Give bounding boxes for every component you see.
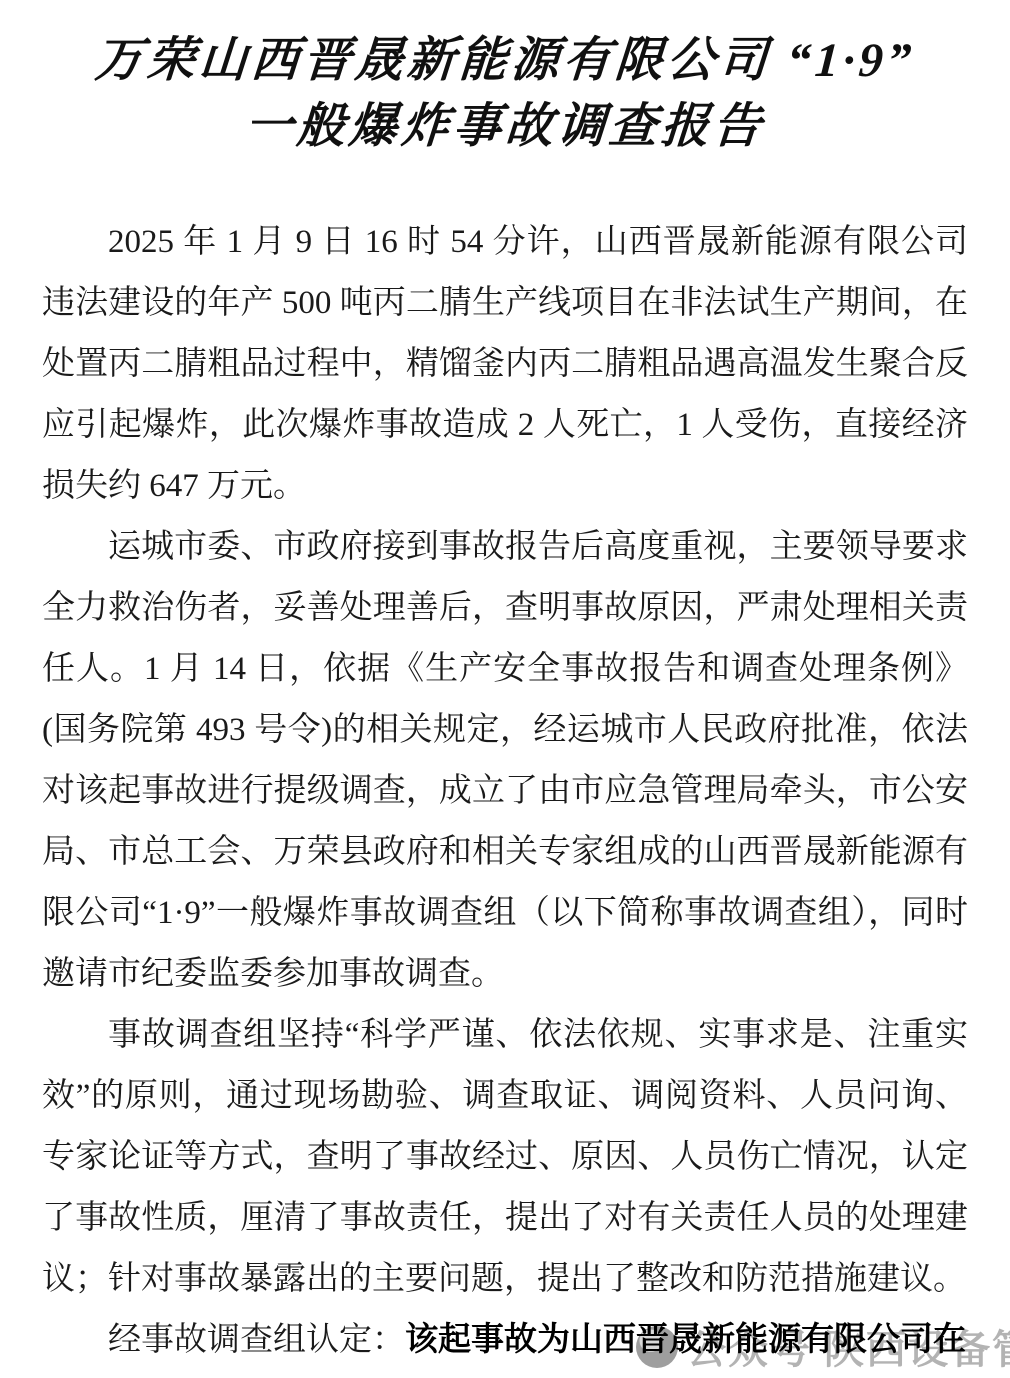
report-title: 万荣山西晋晟新能源有限公司 “1·9” 一般爆炸事故调查报告 xyxy=(0,28,1010,160)
paragraph-conclusion: 经事故调查组认定：该起事故为山西晋晟新能源有限公司在 xyxy=(42,1310,968,1371)
paragraph-investigation-principles: 事故调查组坚持“科学严谨、依法依规、实事求是、注重实效”的原则，通过现场勘验、调… xyxy=(42,1005,968,1310)
report-title-line-1: 万荣山西晋晟新能源有限公司 “1·9” xyxy=(0,28,1010,94)
paragraph-investigation-setup: 运城市委、市政府接到事故报告后高度重视，主要领导要求全力救治伤者，妥善处理善后，… xyxy=(42,517,968,1005)
conclusion-prefix: 经事故调查组认定： xyxy=(108,1322,405,1358)
report-body: 2025 年 1 月 9 日 16 时 54 分许，山西晋晟新能源有限公司违法建… xyxy=(42,212,968,1371)
report-page: 公众号 陕西设备管理 万荣山西晋晟新能源有限公司 “1·9” 一般爆炸事故调查报… xyxy=(0,0,1010,1378)
document-content: 万荣山西晋晟新能源有限公司 “1·9” 一般爆炸事故调查报告 2025 年 1 … xyxy=(0,28,1010,1371)
report-title-line-2: 一般爆炸事故调查报告 xyxy=(0,94,1010,160)
paragraph-incident-summary: 2025 年 1 月 9 日 16 时 54 分许，山西晋晟新能源有限公司违法建… xyxy=(42,212,968,517)
conclusion-bold-finding: 该起事故为山西晋晟新能源有限公司在 xyxy=(405,1322,966,1358)
